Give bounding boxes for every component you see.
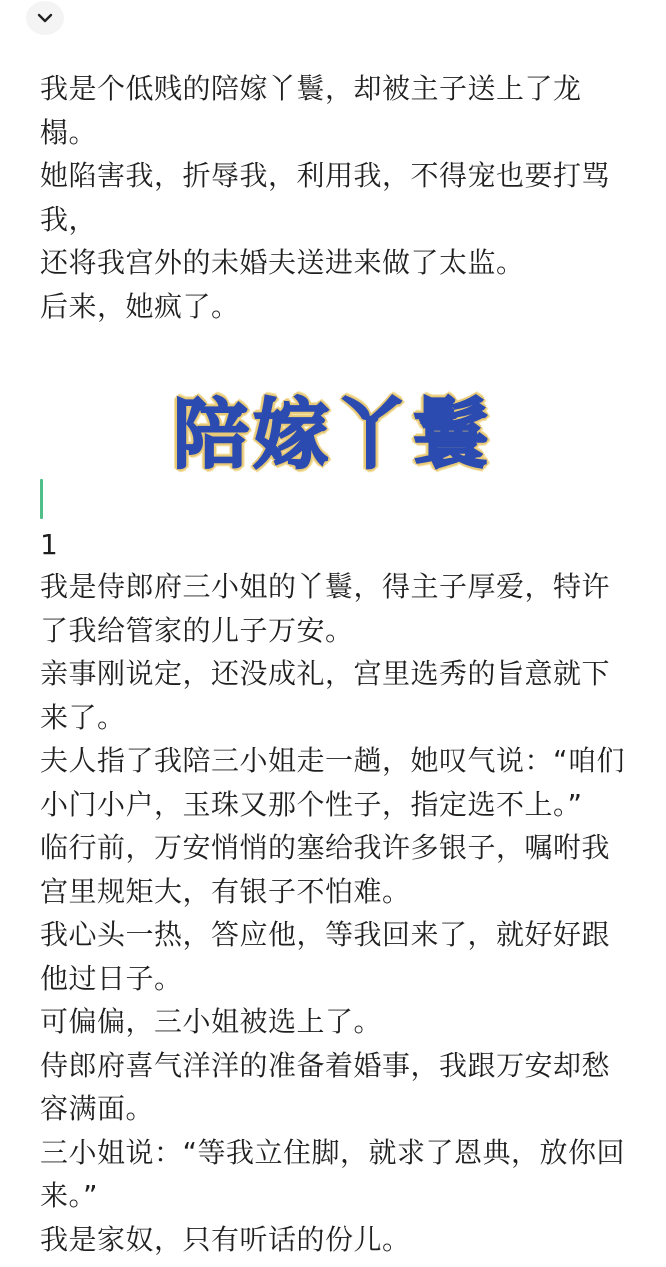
collapse-button[interactable] — [26, 1, 64, 35]
intro-line: 我是个低贱的陪嫁丫鬟，却被主子送上了龙 — [40, 67, 630, 111]
intro-line: 她陷害我，折辱我，利用我，不得宠也要打骂 — [40, 154, 630, 198]
story-line: 来了。 — [40, 696, 640, 740]
story-line: 了我给管家的儿子万安。 — [40, 609, 640, 653]
story-line: 夫人指了我陪三小姐走一趟，她叹气说：“咱们 — [40, 739, 640, 783]
story-line: 侍郎府喜气洋洋的准备着婚事，我跟万安却愁 — [40, 1044, 640, 1088]
story-line: 容满面。 — [40, 1087, 640, 1131]
story-line: 宫里规矩大，有银子不怕难。 — [40, 870, 640, 914]
story-line: 临行前，万安悄悄的塞给我许多银子，嘱咐我 — [40, 826, 640, 870]
chapter-body: 我是侍郎府三小姐的丫鬟，得主子厚爱，特许 了我给管家的儿子万安。 亲事刚说定，还… — [40, 565, 640, 1261]
title-banner: 陪嫁丫鬟 — [0, 378, 666, 478]
story-line: 小门小户，玉珠又那个性子，指定选不上。” — [40, 783, 640, 827]
story-line: 亲事刚说定，还没成礼，宫里选秀的旨意就下 — [40, 652, 640, 696]
story-line: 他过日子。 — [40, 957, 640, 1001]
chapter-number: 1 — [40, 525, 58, 565]
intro-line: 后来，她疯了。 — [40, 285, 630, 329]
story-line: 可偏偏，三小姐被选上了。 — [40, 1000, 640, 1044]
intro-line: 还将我宫外的未婚夫送进来做了太监。 — [40, 241, 630, 285]
story-line: 我是家奴，只有听话的份儿。 — [40, 1218, 640, 1262]
chevron-down-icon — [37, 13, 53, 23]
intro-line: 榻。 — [40, 111, 630, 155]
story-line: 三小姐说：“等我立住脚，就求了恩典，放你回 — [40, 1131, 640, 1175]
story-title: 陪嫁丫鬟 — [173, 374, 493, 483]
story-line: 我是侍郎府三小姐的丫鬟，得主子厚爱，特许 — [40, 565, 640, 609]
intro-blurb: 我是个低贱的陪嫁丫鬟，却被主子送上了龙 榻。 她陷害我，折辱我，利用我，不得宠也… — [40, 67, 630, 328]
intro-line: 我， — [40, 198, 630, 242]
story-line: 我心头一热，答应他，等我回来了，就好好跟 — [40, 913, 640, 957]
story-line: 来。” — [40, 1174, 640, 1218]
section-divider-bar — [40, 479, 43, 519]
